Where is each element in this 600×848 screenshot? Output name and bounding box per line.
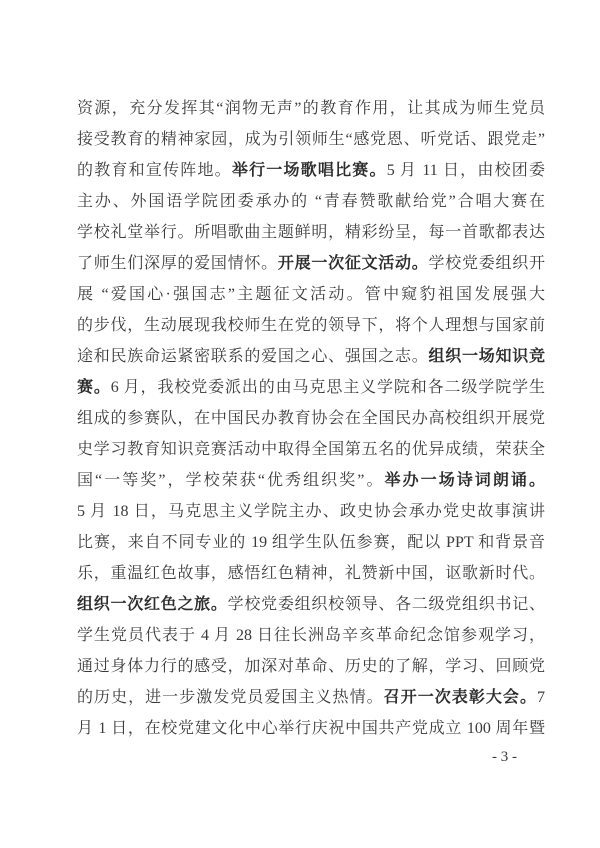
text-run: 了师生们深厚的爱国情怀。 xyxy=(77,255,278,272)
text-line: 组织一次红色之旅。学校党委组织校领导、各二级党组织书记、 xyxy=(77,589,545,620)
text-line: 资源，充分发挥其“润物无声”的教育作用，让其成为师生党员 xyxy=(77,93,545,124)
text-run: 展 “爱国心·强国志”主题征文活动。管中窥豹祖国发展强大 xyxy=(77,286,545,303)
text-run: 组成的参赛队，在中国民办教育协会在全国民办高校组织开展党 xyxy=(77,410,545,427)
text-line: 通过身体力行的感受，加深对革命、历史的了解，学习、回顾党 xyxy=(77,651,545,682)
bold-heading-run: 开展一次征文活动。 xyxy=(278,255,429,272)
bold-heading-run: 组织一次红色之旅。 xyxy=(77,596,228,613)
text-run: 6 月，我校党委派出的由马克思主义学院和各二级学院学生 xyxy=(111,379,545,396)
text-line: 学生党员代表于 4 月 28 日往长洲岛辛亥革命纪念馆参观学习， xyxy=(77,620,545,651)
text-line: 5 月 18 日，马克思主义学院主办、政史协会承办党史故事演讲 xyxy=(77,496,545,527)
text-run: 史学习教育知识竞赛活动中取得全国第五名的优异成绩，荣获全 xyxy=(77,441,545,458)
bold-heading-run: 赛。 xyxy=(77,379,111,396)
page-number: - 3 - xyxy=(492,748,517,766)
text-run: 7 xyxy=(537,689,545,706)
text-line: 接受教育的精神家园，成为引领师生“感党恩、听党话、跟党走” xyxy=(77,124,545,155)
text-run: 月 1 日，在校党建文化中心举行庆祝中国共产党成立 100 周年暨 xyxy=(77,720,545,737)
text-run: 比赛，来自不同专业的 19 组学生队伍参赛，配以 PPT 和背景音 xyxy=(77,534,545,551)
text-line: 的步伐，生动展现我校师生在党的领导下，将个人理想与国家前 xyxy=(77,310,545,341)
text-run: 资源，充分发挥其“润物无声”的教育作用，让其成为师生党员 xyxy=(77,100,545,117)
bold-heading-run: 举办一场诗词朗诵。 xyxy=(385,472,545,489)
text-run: 学校党委组织校领导、各二级党组织书记、 xyxy=(228,596,545,613)
text-line: 史学习教育知识竞赛活动中取得全国第五名的优异成绩，荣获全 xyxy=(77,434,545,465)
text-run: 学生党员代表于 4 月 28 日往长洲岛辛亥革命纪念馆参观学习， xyxy=(77,627,545,644)
text-run: 乐，重温红色故事，感悟红色精神，礼赞新中国，讴歌新时代。 xyxy=(77,565,545,582)
text-run: 主办、外国语学院团委承办的 “青春赞歌献给党”合唱大赛在 xyxy=(77,193,545,210)
text-line: 乐，重温红色故事，感悟红色精神，礼赞新中国，讴歌新时代。 xyxy=(77,558,545,589)
text-run: 接受教育的精神家园，成为引领师生“感党恩、听党话、跟党走” xyxy=(77,131,545,148)
text-line: 的教育和宣传阵地。举行一场歌唱比赛。5 月 11 日，由校团委 xyxy=(77,155,545,186)
text-run: 学校礼堂举行。所唱歌曲主题鲜明，精彩纷呈，每一首歌都表达 xyxy=(77,224,545,241)
text-line: 组成的参赛队，在中国民办教育协会在全国民办高校组织开展党 xyxy=(77,403,545,434)
text-run: 通过身体力行的感受，加深对革命、历史的了解，学习、回顾党 xyxy=(77,658,545,675)
text-run: 的教育和宣传阵地。 xyxy=(77,162,232,179)
document-body: 资源，充分发挥其“润物无声”的教育作用，让其成为师生党员接受教育的精神家园，成为… xyxy=(77,93,545,744)
text-run: 国“一等奖”，学校荣获“优秀组织奖”。 xyxy=(77,472,385,489)
text-line: 主办、外国语学院团委承办的 “青春赞歌献给党”合唱大赛在 xyxy=(77,186,545,217)
text-run: 5 月 18 日，马克思主义学院主办、政史协会承办党史故事演讲 xyxy=(77,503,545,520)
text-run: 途和民族命运紧密联系的爱国之心、强国之志。 xyxy=(77,348,429,365)
text-line: 展 “爱国心·强国志”主题征文活动。管中窥豹祖国发展强大 xyxy=(77,279,545,310)
text-run: 的步伐，生动展现我校师生在党的领导下，将个人理想与国家前 xyxy=(77,317,545,334)
text-run: 5 月 11 日，由校团委 xyxy=(387,162,545,179)
document-page: 资源，充分发挥其“润物无声”的教育作用，让其成为师生党员接受教育的精神家园，成为… xyxy=(0,0,600,848)
text-line: 的历史，进一步激发党员爱国主义热情。召开一次表彰大会。7 xyxy=(77,682,545,713)
text-run: 的历史，进一步激发党员爱国主义热情。 xyxy=(77,689,384,706)
text-line: 途和民族命运紧密联系的爱国之心、强国之志。组织一场知识竞 xyxy=(77,341,545,372)
text-line: 比赛，来自不同专业的 19 组学生队伍参赛，配以 PPT 和背景音 xyxy=(77,527,545,558)
text-line: 赛。6 月，我校党委派出的由马克思主义学院和各二级学院学生 xyxy=(77,372,545,403)
bold-heading-run: 召开一次表彰大会。 xyxy=(384,689,537,706)
text-run: 学校党委组织开 xyxy=(429,255,545,272)
text-line: 国“一等奖”，学校荣获“优秀组织奖”。举办一场诗词朗诵。 xyxy=(77,465,545,496)
text-line: 学校礼堂举行。所唱歌曲主题鲜明，精彩纷呈，每一首歌都表达 xyxy=(77,217,545,248)
bold-heading-run: 举行一场歌唱比赛。 xyxy=(232,162,387,179)
text-line: 月 1 日，在校党建文化中心举行庆祝中国共产党成立 100 周年暨 xyxy=(77,713,545,744)
bold-heading-run: 组织一场知识竞 xyxy=(429,348,545,365)
text-line: 了师生们深厚的爱国情怀。开展一次征文活动。学校党委组织开 xyxy=(77,248,545,279)
